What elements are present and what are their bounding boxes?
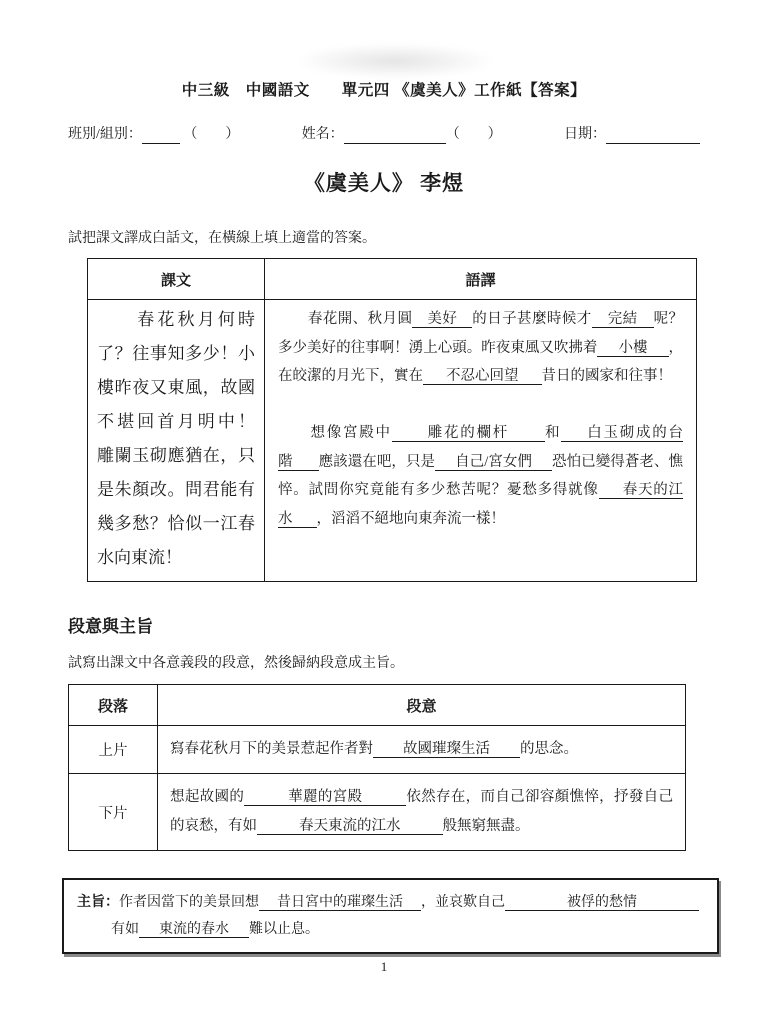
- answer-blank: 華麗的宮殿: [244, 789, 406, 806]
- answer-blank: 故國璀璨生活: [373, 741, 520, 758]
- translation-paragraph-2: 想像宮殿中雕花的欄杆和白玉砌成的台階應該還在吧，只是自己/宮女們恐怕已變得蒼老、…: [278, 419, 683, 533]
- date-label: 日期：: [564, 127, 606, 142]
- name-field: 姓名：（ ）: [302, 126, 502, 144]
- class-group-paren: （ ）: [183, 127, 239, 142]
- answer-blank: 小樓: [597, 340, 668, 357]
- poem-source-text: 春花秋月何時了？往事知多少！小樓昨夜又東風，故國不堪回首月明中！ 雕闌玉砌應猶在…: [88, 300, 265, 582]
- name-blank-line: [344, 129, 446, 144]
- translation-table: 課文 語譯 春花秋月何時了？往事知多少！小樓昨夜又東風，故國不堪回首月明中！ 雕…: [87, 258, 697, 582]
- main-idea-line-2: 有如東流的春水難以止息。: [111, 916, 704, 943]
- column-header-source: 課文: [88, 259, 265, 300]
- summary-section-heading: 段意與主旨: [68, 617, 700, 636]
- main-idea-line-1-text: 作者因當下的美景回想昔日宮中的璀璨生活，並哀歎自己被俘的愁情: [119, 895, 699, 911]
- paragraph-label-upper: 上片: [69, 726, 158, 774]
- worksheet-page: 中三級 中國語文 單元四 《虞美人》工作紙【答案】 班別/組別： （ ） 姓名：…: [0, 0, 768, 1024]
- summary-table: 段落 段意 上片 寫春花秋月下的美景惹起作者對故國璀璨生活的思念。 下片 想起故…: [68, 684, 686, 851]
- page-number: 1: [68, 959, 700, 974]
- summary-row-upper: 上片 寫春花秋月下的美景惹起作者對故國璀璨生活的思念。: [69, 726, 686, 774]
- summary-instruction: 試寫出課文中各意義段的段意，然後歸納段意成主旨。: [68, 655, 700, 672]
- translation-table-body-row: 春花秋月何時了？往事知多少！小樓昨夜又東風，故國不堪回首月明中！ 雕闌玉砌應猶在…: [88, 300, 697, 582]
- answer-blank: 美好: [412, 311, 472, 328]
- answer-blank: 春天的江水: [278, 482, 683, 528]
- worksheet-header-title: 中三級 中國語文 單元四 《虞美人》工作紙【答案】: [68, 0, 700, 99]
- main-idea-box: 主旨：作者因當下的美景回想昔日宮中的璀璨生活，並哀歎自己被俘的愁情 有如東流的春…: [62, 878, 719, 954]
- class-group-label: 班別/組別：: [68, 127, 142, 142]
- date-field: 日期：: [564, 126, 700, 144]
- summary-row-lower: 下片 想起故國的華麗的宮殿依然存在，而自己卻容顏憔悴，抒發自己的哀愁，有如春天東…: [69, 774, 686, 851]
- column-header-idea: 段意: [158, 685, 686, 726]
- translation-table-header-row: 課文 語譯: [88, 259, 697, 300]
- answer-blank: 完結: [592, 311, 654, 328]
- name-label: 姓名：: [302, 127, 344, 142]
- answer-blank: 自己/宮女們: [435, 454, 552, 471]
- worksheet-content: 中三級 中國語文 單元四 《虞美人》工作紙【答案】 班別/組別： （ ） 姓名：…: [0, 0, 768, 974]
- answer-blank: 被俘的愁情: [505, 895, 699, 911]
- answer-blank: 昔日宮中的璀璨生活: [259, 895, 421, 911]
- column-header-paragraph: 段落: [69, 685, 158, 726]
- paragraph-label-lower: 下片: [69, 774, 158, 851]
- name-paren: （ ）: [446, 127, 502, 142]
- answer-blank: 不忍心回望: [423, 368, 542, 385]
- translation-instruction: 試把課文譯成白話文，在橫線上填上適當的答案。: [68, 230, 700, 247]
- column-header-translation: 語譯: [265, 259, 697, 300]
- date-blank-line: [606, 129, 700, 144]
- translation-cell: 春花開、秋月圓美好的日子甚麼時候才完結呢？多少美好的往事啊！湧上心頭。昨夜東風又…: [265, 300, 697, 582]
- answer-blank: 東流的春水: [139, 922, 249, 938]
- student-info-line: 班別/組別： （ ） 姓名：（ ） 日期：: [68, 126, 700, 144]
- poem-title: 《虞美人》 李煜: [68, 171, 700, 195]
- summary-table-header-row: 段落 段意: [69, 685, 686, 726]
- answer-blank: 春天東流的江水: [257, 818, 443, 835]
- class-group-blank-line: [142, 129, 180, 144]
- paragraph-idea-lower: 想起故國的華麗的宮殿依然存在，而自己卻容顏憔悴，抒發自己的哀愁，有如春天東流的江…: [158, 774, 686, 851]
- class-group-field: 班別/組別： （ ）: [68, 126, 239, 144]
- main-idea-line-1: 主旨：作者因當下的美景回想昔日宮中的璀璨生活，並哀歎自己被俘的愁情: [77, 889, 704, 916]
- main-idea-label: 主旨：: [77, 895, 119, 910]
- answer-blank: 雕花的欄杆: [392, 425, 545, 442]
- paragraph-idea-upper: 寫春花秋月下的美景惹起作者對故國璀璨生活的思念。: [158, 726, 686, 774]
- translation-paragraph-1: 春花開、秋月圓美好的日子甚麼時候才完結呢？多少美好的往事啊！湧上心頭。昨夜東風又…: [278, 305, 683, 391]
